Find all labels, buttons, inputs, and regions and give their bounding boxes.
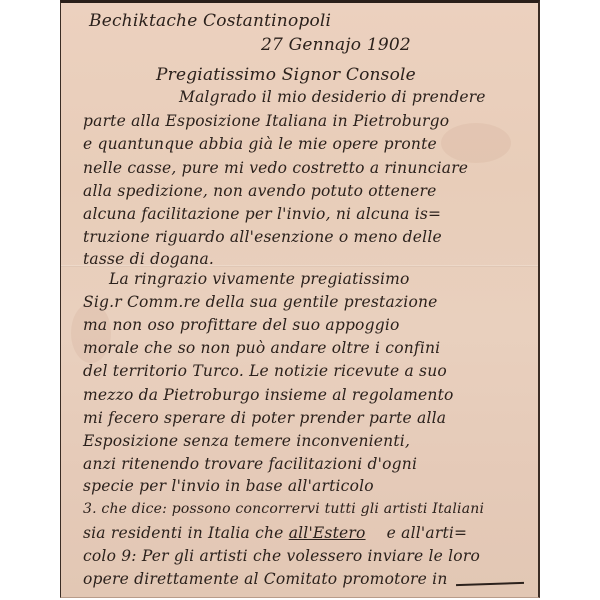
closing-pen-stroke (456, 582, 524, 586)
letter-line: La ringrazio vivamente pregiatissimo (109, 269, 410, 289)
letter-line: mi fecero sperare di poter prender parte… (83, 408, 446, 428)
letter-place: Bechiktache Costantinopoli (89, 11, 331, 31)
letter-line: 3. che dice: possono concorrervi tutti g… (83, 499, 484, 519)
letter-line: specie per l'invio in base all'articolo (83, 476, 374, 496)
letter-line: tasse di dogana. (83, 249, 214, 269)
letter-line: alcuna facilitazione per l'invio, ni alc… (83, 204, 441, 224)
paper-stain (441, 123, 511, 163)
letter-line: nelle casse, pure mi vedo costretto a ri… (83, 158, 468, 178)
letter-line: truzione riguardo all'esenzione o meno d… (83, 227, 442, 247)
letter-line: anzi ritenendo trovare facilitazioni d'o… (83, 454, 417, 474)
letter-line: del territorio Turco. Le notizie ricevut… (83, 361, 447, 381)
letter-line: colo 9: Per gli artisti che volessero in… (83, 546, 480, 566)
letter-line: Malgrado il mio desiderio di prendere (179, 87, 486, 107)
letter-line: alla spedizione, non avendo potuto otten… (83, 181, 437, 201)
letter-line: mezzo da Pietroburgo insieme al regolame… (83, 385, 454, 405)
letter-line: Esposizione senza temere inconvenienti, (83, 431, 410, 451)
letter-line: parte alla Esposizione Italiana in Pietr… (83, 111, 449, 131)
letter-line: Sig.r Comm.re della sua gentile prestazi… (83, 292, 438, 312)
letter-text: e all'arti= (387, 524, 468, 542)
document-scan: Bechiktache Costantinopoli 27 Gennajo 19… (0, 0, 600, 600)
letter-line: morale che so non può andare oltre i con… (83, 338, 440, 358)
letter-date: 27 Gennajo 1902 (261, 35, 411, 55)
letter-salutation: Pregiatissimo Signor Console (156, 65, 416, 85)
letter-line: opere direttamente al Comitato promotore… (83, 569, 448, 589)
letter-line: ma non oso profittare del suo appoggio (83, 315, 400, 335)
letter-line: sia residenti in Italia che all'Estero e… (83, 523, 467, 543)
underlined-word: all'Estero (289, 524, 366, 542)
letter-text: sia residenti in Italia che (83, 524, 284, 542)
letter-paper: Bechiktache Costantinopoli 27 Gennajo 19… (60, 0, 540, 598)
letter-line: e quantunque abbia già le mie opere pron… (83, 134, 437, 154)
